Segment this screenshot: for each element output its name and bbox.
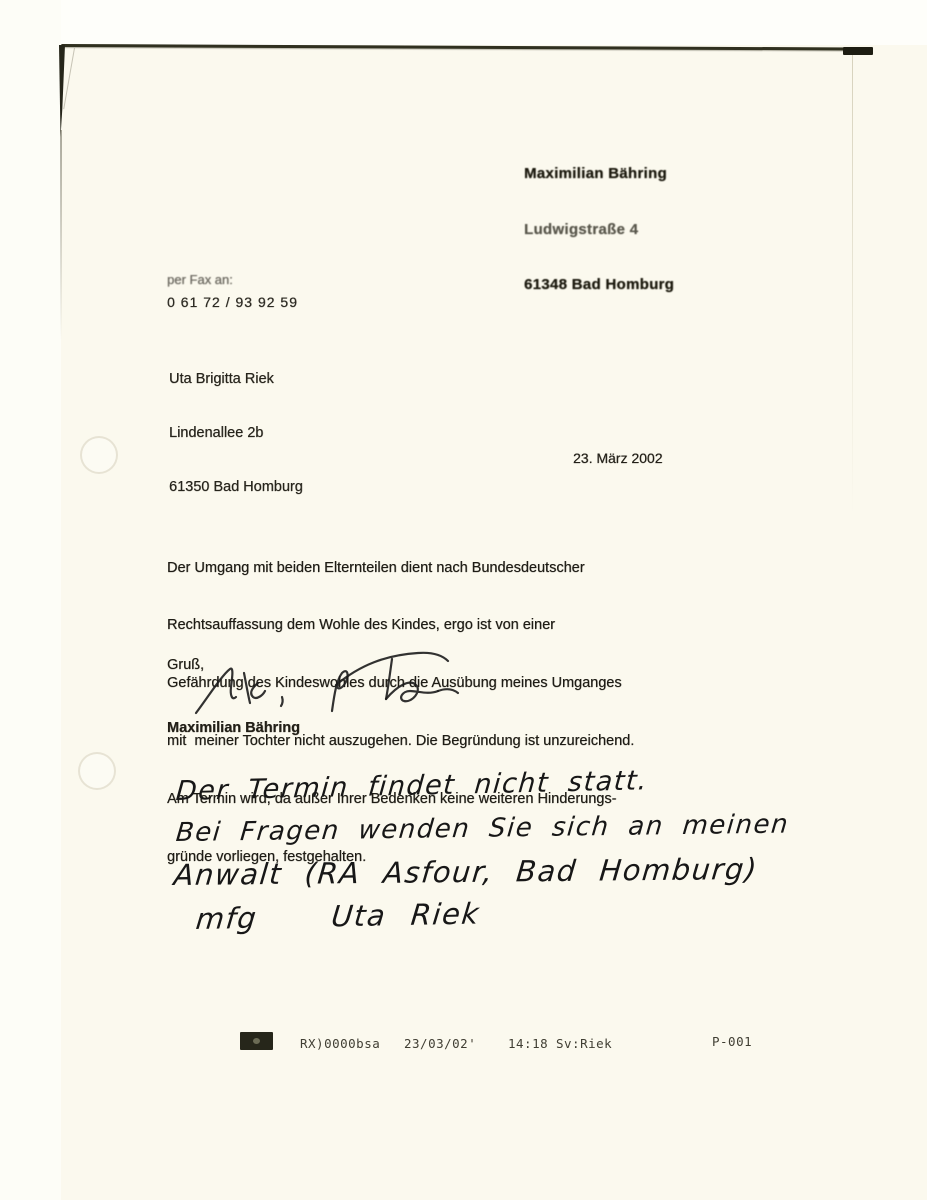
sender-name: Maximilian Bähring [524, 165, 674, 184]
sender-city: 61348 Bad Homburg [524, 276, 674, 295]
fax-footer-date: 23/03/02' [404, 1036, 476, 1051]
paper-right-edge [852, 55, 853, 515]
scanner-margin-left [0, 0, 61, 1200]
signature-scribble [160, 645, 480, 725]
recipient-city: 61350 Bad Homburg [169, 478, 303, 496]
typed-signature-name: Maximilian Bähring [167, 720, 300, 736]
sender-street: Ludwigstraße 4 [524, 221, 674, 240]
recipient-address-block: Uta Brigitta Riek Lindenallee 2b 61350 B… [169, 334, 303, 532]
fax-to-label: per Fax an: [167, 272, 233, 287]
scanner-margin-top [0, 0, 927, 45]
letter-date: 23. März 2002 [573, 450, 663, 466]
hole-punch-shadow-top [80, 436, 118, 474]
paper-left-edge-faint [60, 130, 62, 340]
fax-footer-page-number: P-001 [712, 1034, 752, 1049]
handwritten-line: mfg Uta Riek [194, 897, 481, 937]
recipient-name: Uta Brigitta Riek [169, 370, 303, 388]
fax-footer-station: Sv:Riek [556, 1036, 612, 1051]
fax-number: 0 61 72 / 93 92 59 [167, 294, 298, 310]
recipient-street: Lindenallee 2b [169, 424, 303, 442]
fax-footer-time: 14:18 [508, 1036, 548, 1051]
paper-corner-dash [843, 47, 873, 55]
hole-punch-shadow-bottom [78, 752, 116, 790]
sender-address-block: Maximilian Bähring Ludwigstraße 4 61348 … [524, 128, 674, 332]
scanned-letter-page: Maximilian Bähring Ludwigstraße 4 61348 … [0, 0, 927, 1200]
body-line: Rechtsauffassung dem Wohle des Kindes, e… [167, 616, 667, 635]
fax-footer-rx-id: RX)0000bsa [300, 1036, 380, 1051]
handwritten-line: Anwalt (RA Asfour, Bad Homburg) [172, 852, 759, 892]
paper-corner-crease [63, 48, 75, 109]
fax-footer-redaction-box [240, 1032, 273, 1050]
body-line: Der Umgang mit beiden Elternteilen dient… [167, 559, 667, 578]
